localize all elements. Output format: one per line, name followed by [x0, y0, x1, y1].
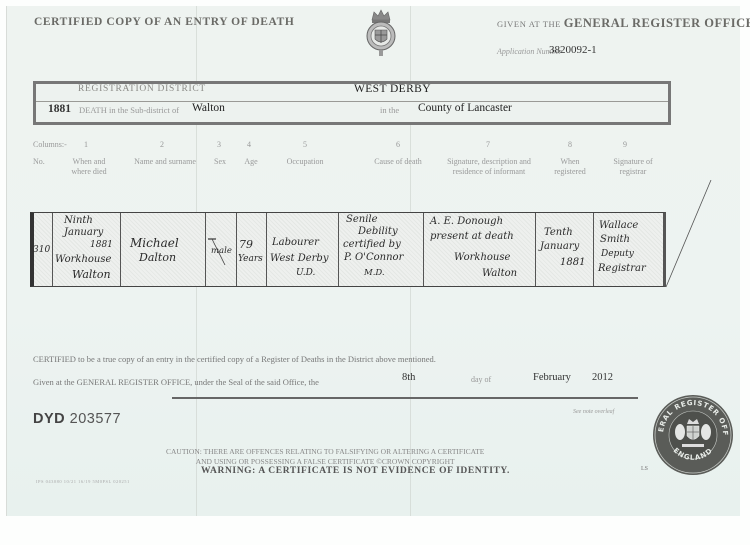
registration-year: 1881	[48, 103, 71, 115]
ls-mark: LS	[641, 466, 648, 472]
registrar-line: Deputy	[601, 248, 634, 260]
identity-warning: WARNING: A CERTIFICATE IS NOT EVIDENCE O…	[201, 466, 510, 476]
entry-row: 310 Ninth January 1881 Workhouse Walton …	[30, 212, 666, 287]
registrar-line: Smith	[600, 234, 630, 246]
certified-year: 2012	[592, 372, 613, 383]
when-where-line: Workhouse	[55, 254, 111, 266]
age-line: Years	[238, 253, 263, 265]
cause-line: M.D.	[364, 267, 385, 279]
name-line: Dalton	[139, 252, 176, 264]
certified-month: February	[533, 372, 571, 383]
occupation-line: U.D.	[296, 267, 315, 279]
subdistrict-label: DEATH in the Sub-district of	[79, 105, 179, 115]
see-note-overleaf: See note overleaf	[573, 409, 614, 415]
general-register-office-seal-icon: GENERAL REGISTER OFFICE ENGLAND	[652, 394, 734, 476]
given-under-seal-statement: Given at the GENERAL REGISTER OFFICE, un…	[33, 377, 319, 387]
column-number: 3	[217, 140, 221, 149]
column-number: 5	[303, 140, 307, 149]
informant-line: Walton	[482, 268, 517, 280]
column-header-registered: When registered	[551, 157, 589, 177]
column-header-no: No.	[33, 157, 53, 167]
informant-line: A. E. Donough	[430, 216, 503, 228]
cause-line: Debility	[358, 226, 398, 238]
signature-rule	[172, 397, 638, 399]
when-where-line: Ninth	[64, 215, 93, 227]
subdistrict-value: Walton	[192, 102, 225, 114]
column-number: 2	[160, 140, 164, 149]
informant-line: Workhouse	[454, 252, 510, 264]
column-header-cause: Cause of death	[370, 157, 426, 167]
column-header-informant: Signature, description and residence of …	[444, 157, 534, 177]
registered-line: 1881	[560, 257, 585, 269]
certification-statement: CERTIFIED to be a true copy of an entry …	[33, 354, 436, 364]
sex-value: male	[211, 245, 232, 257]
column-number: 4	[247, 140, 251, 149]
column-header-occupation: Occupation	[275, 157, 335, 167]
day-of-label: day of	[471, 375, 491, 384]
certificate-serial: DYD 203577	[33, 411, 121, 427]
column-number: 9	[623, 140, 627, 149]
registration-district-label: REGISTRATION DISTRICT	[78, 84, 206, 94]
columns-prefix: Columns:-	[33, 140, 67, 149]
given-at-label: GIVEN AT THE GENERAL REGISTER OFFICE	[497, 16, 750, 31]
entry-no: 310	[33, 244, 50, 256]
registrar-line: Registrar	[598, 263, 646, 275]
county-value: County of Lancaster	[418, 102, 512, 114]
registrar-line: Wallace	[599, 220, 638, 232]
column-number: 1	[84, 140, 88, 149]
registered-line: Tenth	[544, 227, 573, 239]
certified-day: 8th	[402, 372, 415, 383]
caution-notice: CAUTION: THERE ARE OFFENCES RELATING TO …	[166, 447, 484, 467]
certificate-title: CERTIFIED COPY OF AN ENTRY OF DEATH	[34, 16, 294, 28]
registered-line: January	[540, 241, 579, 253]
cause-line: Senile	[346, 214, 378, 226]
royal-crest-icon	[363, 8, 399, 60]
cancellation-diagonal-line	[665, 180, 715, 290]
cause-line: certified by	[343, 239, 401, 251]
column-header-name: Name and surname	[125, 157, 205, 167]
registration-district-value: WEST DERBY	[354, 83, 431, 95]
when-where-line: January	[64, 227, 103, 239]
in-the-label: in the	[380, 105, 399, 115]
when-where-line: 1881	[90, 239, 113, 251]
informant-line: present at death	[430, 231, 514, 243]
column-number: 7	[486, 140, 490, 149]
column-header-when-where: When and where died	[68, 157, 110, 177]
age-line: 79	[239, 239, 253, 251]
column-header-registrar: Signature of registrar	[609, 157, 657, 177]
occupation-line: West Derby	[270, 253, 328, 265]
name-line: Michael	[130, 237, 179, 249]
column-header-age: Age	[238, 157, 264, 167]
cause-line: P. O'Connor	[344, 252, 403, 264]
occupation-line: Labourer	[272, 237, 319, 249]
when-where-line: Walton	[72, 269, 111, 281]
column-number: 6	[396, 140, 400, 149]
column-header-sex: Sex	[208, 157, 232, 167]
application-number: 3820092-1	[549, 44, 597, 56]
print-code: IPS 043080 10/21 16/19 5M0PSL 020251	[36, 479, 130, 484]
column-number: 8	[568, 140, 572, 149]
